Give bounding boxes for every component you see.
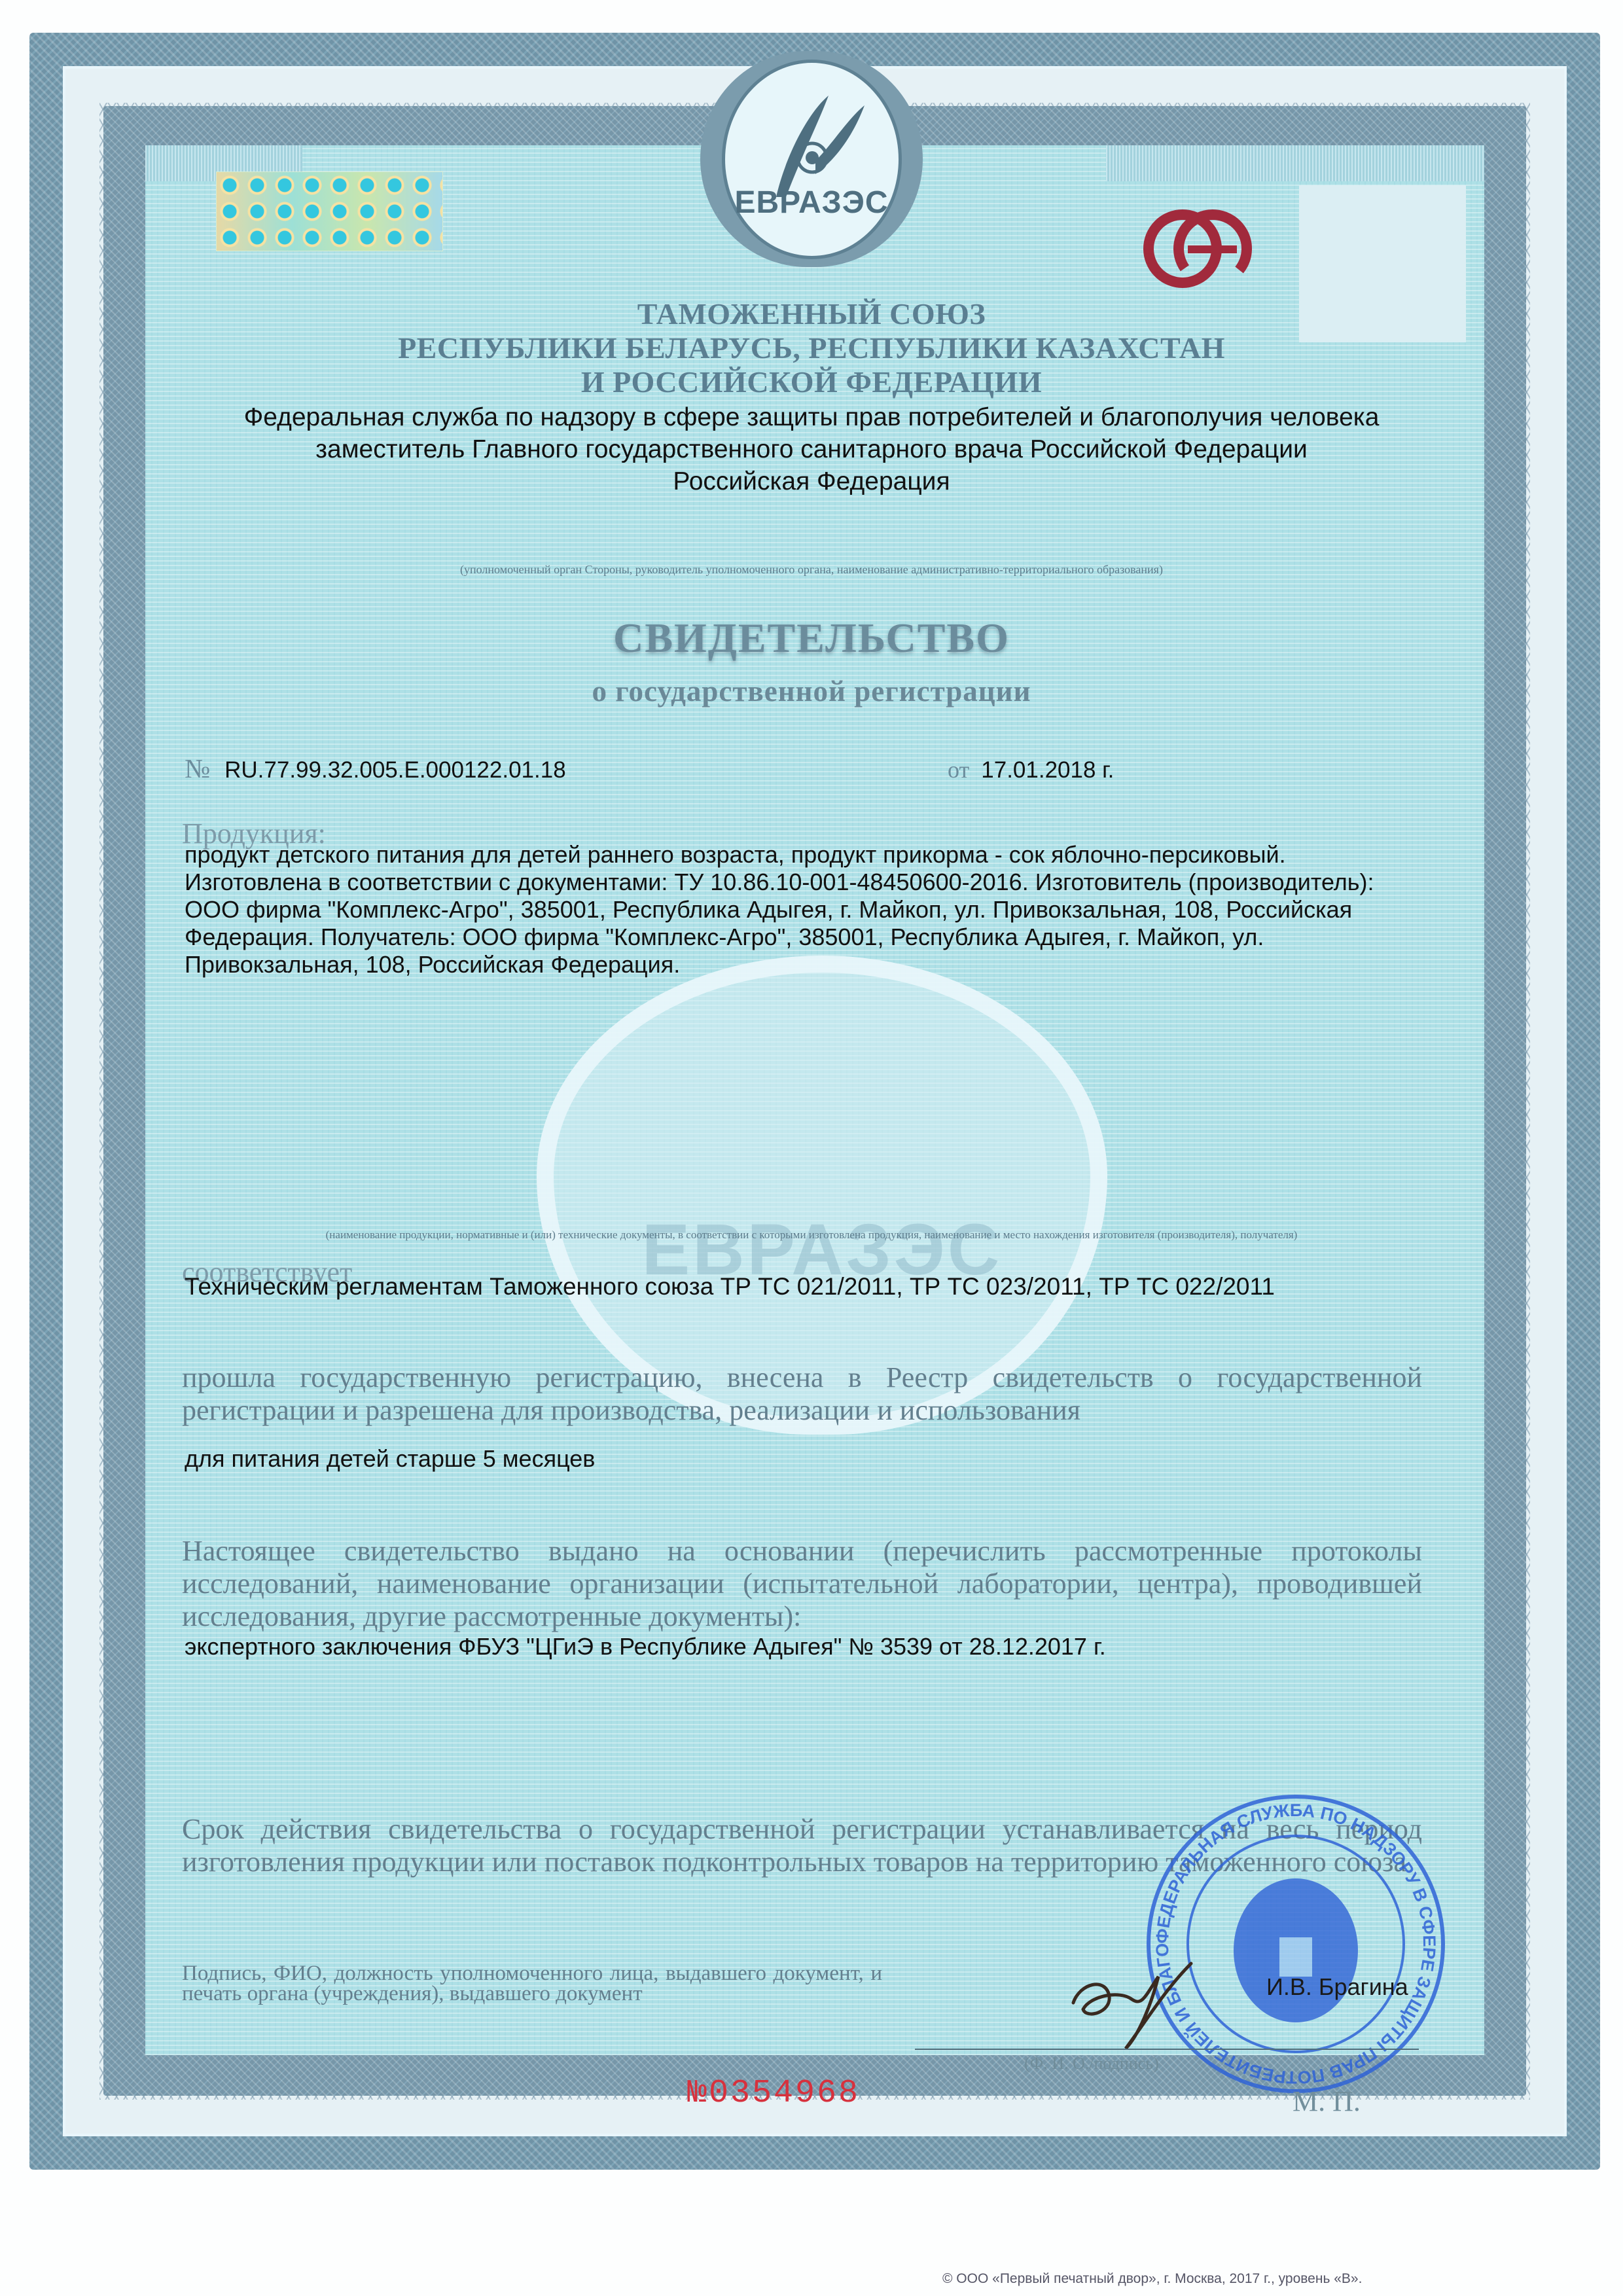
registration-statement: прошла государственную регистрацию, внес… [182, 1361, 1422, 1427]
usage-scope: для питания детей старше 5 месяцев [185, 1445, 1428, 1473]
authority-line-2: заместитель Главного государственного са… [0, 433, 1623, 465]
date-label: от [948, 757, 969, 783]
authority-line-1: Федеральная служба по надзору в сфере за… [0, 401, 1623, 433]
product-caption: (наименование продукции, нормативные и (… [0, 1229, 1623, 1242]
evrazes-emblem: ЕВРАЗЭС [687, 38, 936, 280]
hologram-sticker [216, 171, 443, 251]
technical-regulations: Техническим регламентам Таможенного союз… [185, 1273, 1428, 1300]
seal-place-mark: М. П. [1293, 2085, 1361, 2118]
signature-line-caption: (Ф. И. О./подпись) [1024, 2054, 1159, 2073]
registration-number-row: № RU.77.99.32.005.E.000122.01.18 [185, 753, 566, 784]
signature-block-label: Подпись, ФИО, должность уполномоченного … [182, 1964, 882, 2004]
basis-statement: Настоящее свидетельство выдано на основа… [182, 1535, 1422, 1633]
certificate-title: СВИДЕТЕЛЬСТВО [0, 614, 1623, 662]
certificate-subtitle: о государственной регистрации [0, 674, 1623, 708]
signer-name: И.В. Брагина [1266, 1973, 1408, 2001]
authority-caption: (уполномоченный орган Стороны, руководит… [0, 563, 1623, 577]
evrazes-logo-icon [750, 82, 874, 207]
registration-date: 17.01.2018 г. [981, 757, 1114, 783]
union-title-line-1: ТАМОЖЕННЫЙ СОЮЗ [0, 298, 1623, 331]
product-description: продукт детского питания для детей ранне… [185, 841, 1408, 978]
union-title-line-3: И РОССИЙСКОЙ ФЕДЕРАЦИИ [0, 366, 1623, 399]
conformity-mark-icon [1142, 193, 1253, 304]
handwritten-signature [1060, 1950, 1217, 2055]
printer-imprint: © ООО «Первый печатный двор», г. Москва,… [942, 2271, 1362, 2287]
form-serial-number: №0354968 [687, 2075, 860, 2112]
registration-date-row: от 17.01.2018 г. [948, 756, 1114, 783]
hatch-strip-right [1106, 145, 1484, 181]
russian-coat-of-arms-icon [1234, 1878, 1358, 2022]
authority-line-3: Российская Федерация [0, 465, 1623, 497]
number-label: № [185, 753, 210, 783]
expert-conclusion: экспертного заключения ФБУЗ "ЦГиЭ в Респ… [185, 1633, 1428, 1660]
union-title-line-2: РЕСПУБЛИКИ БЕЛАРУСЬ, РЕСПУБЛИКИ КАЗАХСТА… [0, 332, 1623, 365]
registration-number: RU.77.99.32.005.E.000122.01.18 [224, 757, 566, 783]
signature-line [915, 2049, 1419, 2050]
